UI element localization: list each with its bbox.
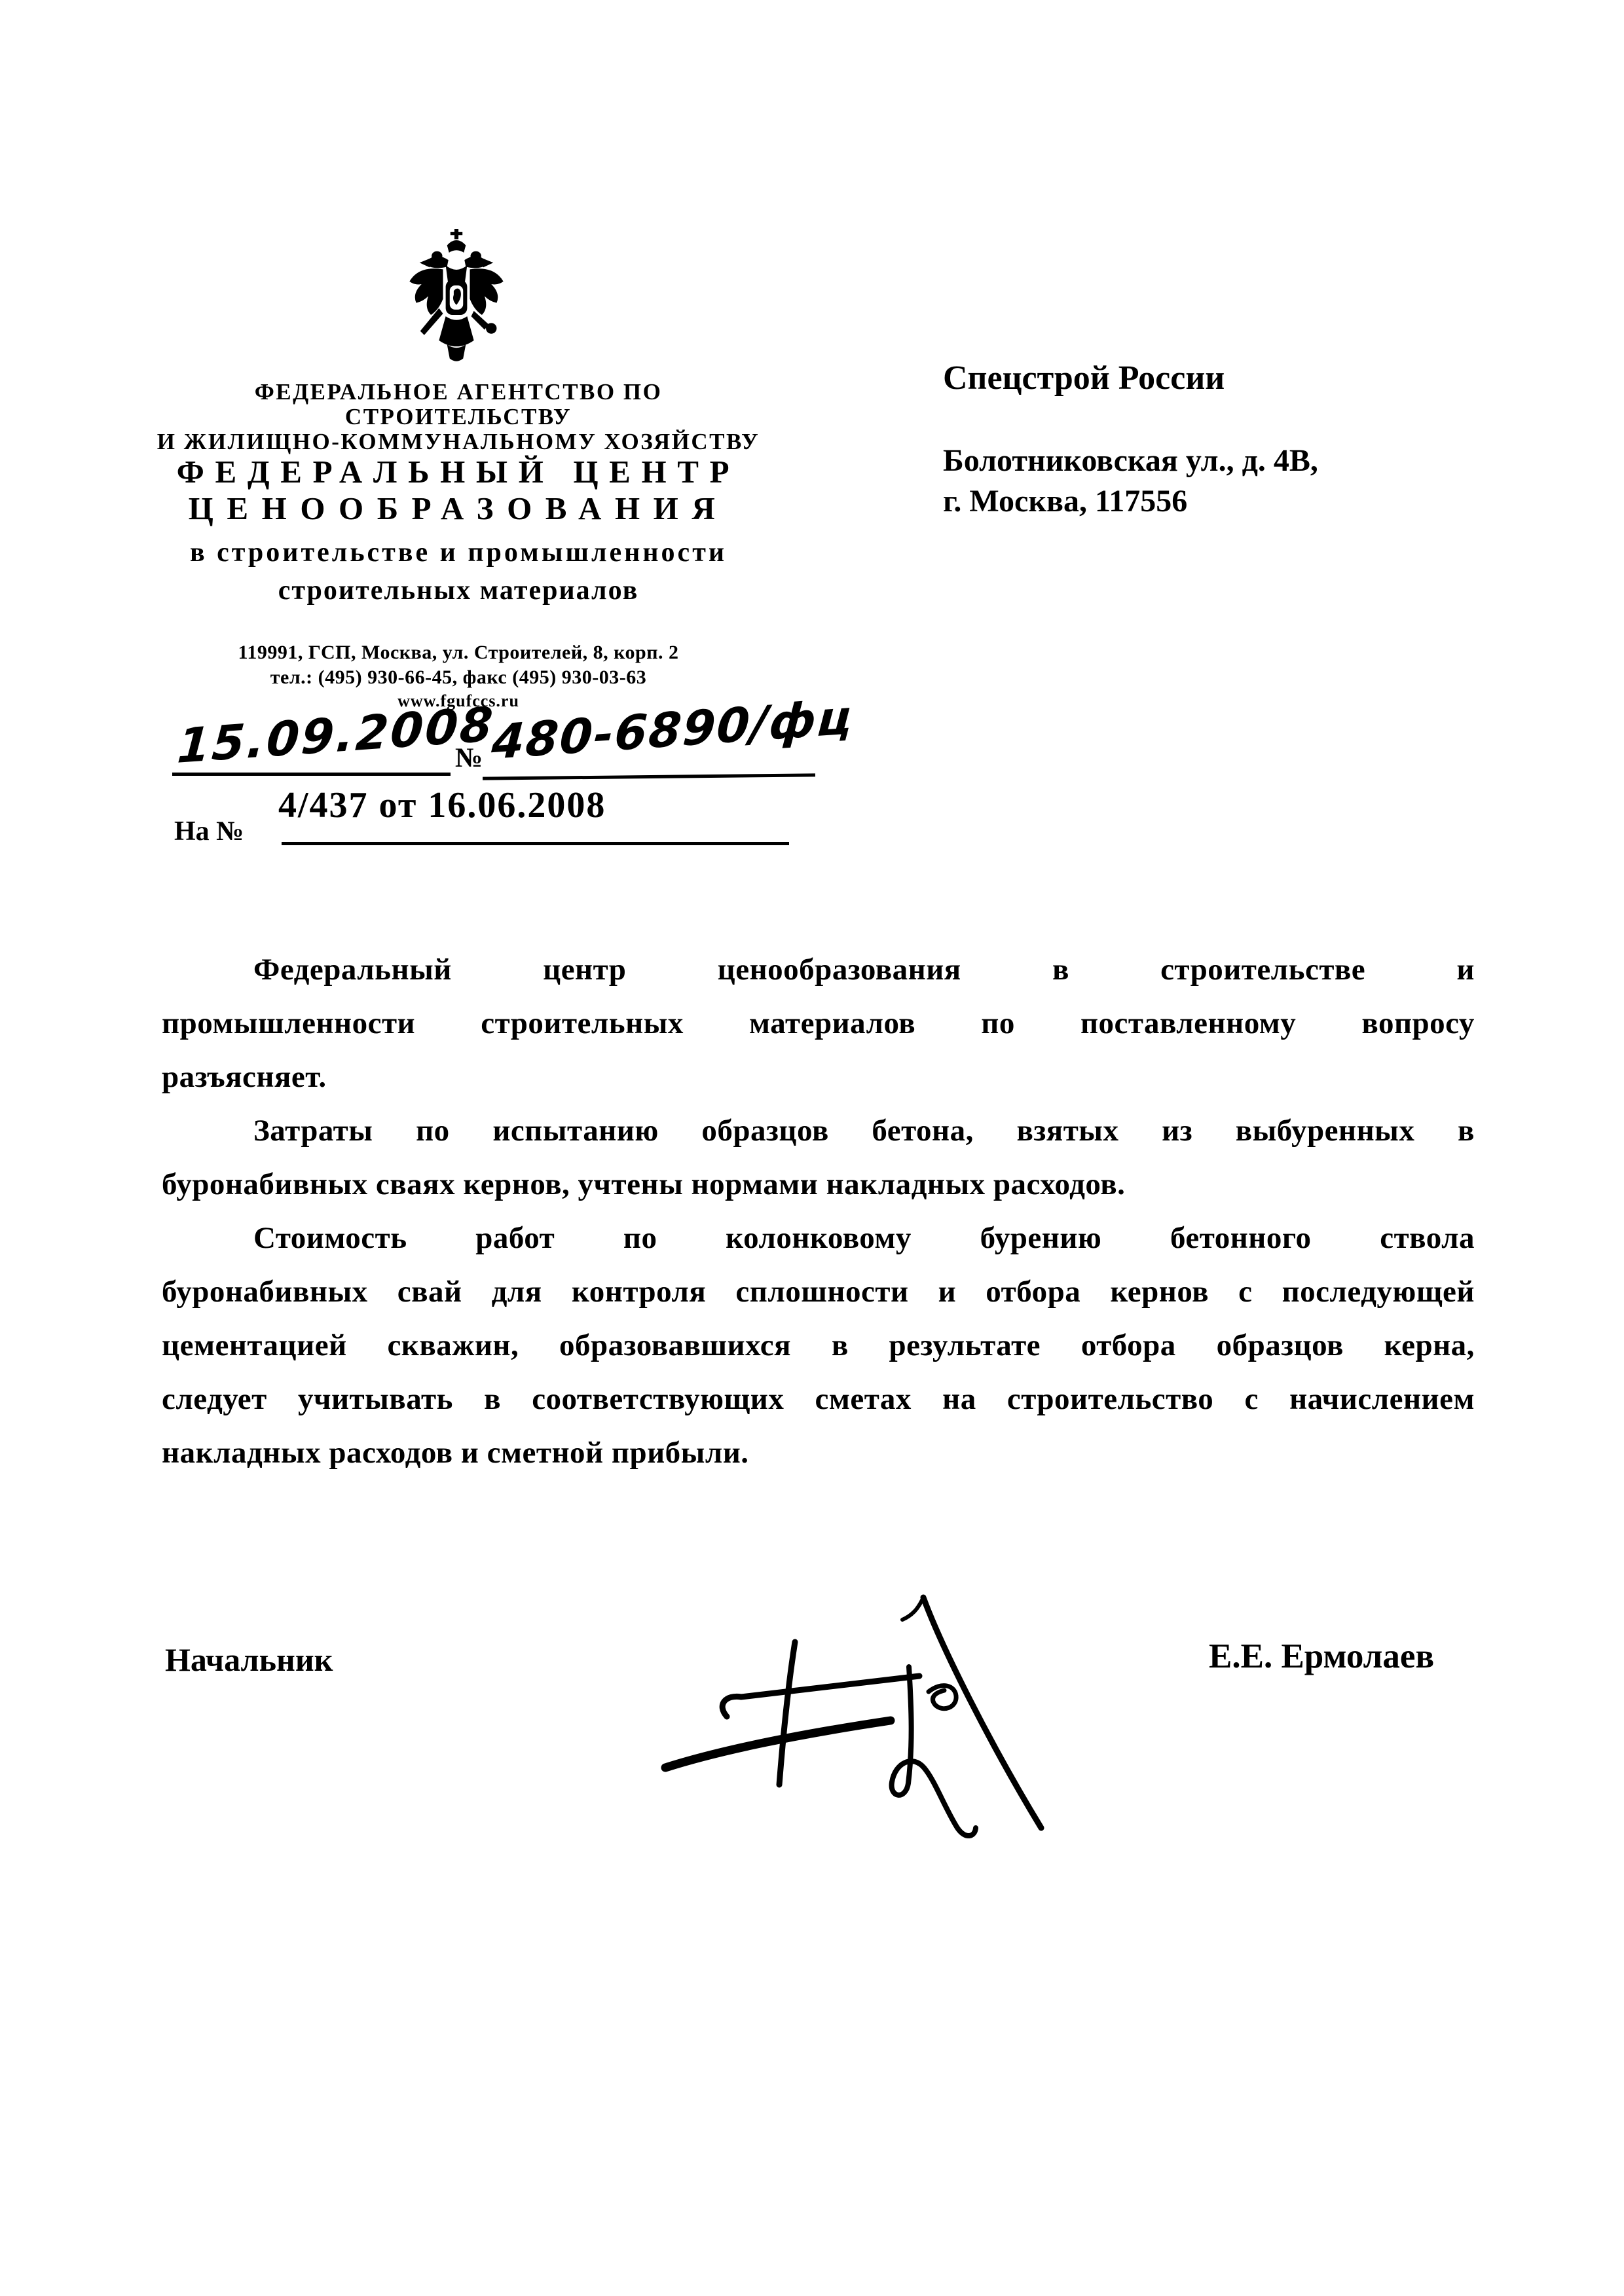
agency-name-line1: ФЕДЕРАЛЬНОЕ АГЕНТСТВО ПО СТРОИТЕЛЬСТВУ bbox=[151, 380, 766, 429]
signature-scribble bbox=[648, 1570, 1080, 1858]
recipient-address-line1: Болотниковская ул., д. 4В, bbox=[943, 443, 1318, 479]
body-line: следуетучитыватьвсоответствующихсметахна… bbox=[162, 1372, 1475, 1426]
org-title-line1: ФЕДЕРАЛЬНЫЙ ЦЕНТР bbox=[151, 453, 766, 490]
org-subtitle-line2: строительных материалов bbox=[151, 575, 766, 606]
org-title-line2: ЦЕНООБРАЗОВАНИЯ bbox=[151, 490, 766, 527]
org-subtitle-line1: в строительстве и промышленности bbox=[151, 537, 766, 568]
incoming-reference-value: 4/437 от 16.06.2008 bbox=[278, 784, 606, 826]
incoming-reference-underline bbox=[282, 842, 789, 845]
signer-name: Е.Е. Ермолаев bbox=[1209, 1637, 1434, 1676]
body-line: накладных расходов и сметной прибыли. bbox=[162, 1426, 1475, 1480]
body-line: буронабивныхсвайдляконтролясплошностииот… bbox=[162, 1265, 1475, 1319]
recipient-name: Спецстрой России bbox=[943, 359, 1225, 397]
incoming-reference-label: На № bbox=[174, 816, 244, 847]
body-line: промышленностистроительныхматериаловпопо… bbox=[162, 996, 1475, 1050]
recipient-address-line2: г. Москва, 117556 bbox=[943, 483, 1187, 519]
number-underline bbox=[483, 773, 815, 780]
body-line: Федеральныйцентрценообразованиявстроител… bbox=[162, 943, 1475, 996]
org-postal-address: 119991, ГСП, Москва, ул. Строителей, 8, … bbox=[151, 642, 766, 664]
agency-name: ФЕДЕРАЛЬНОЕ АГЕНТСТВО ПО СТРОИТЕЛЬСТВУ И… bbox=[151, 380, 766, 454]
agency-name-line2: И ЖИЛИЩНО-КОММУНАЛЬНОМУ ХОЗЯЙСТВУ bbox=[151, 429, 766, 454]
number-sign-label: № bbox=[455, 742, 483, 774]
body-line: буронабивных сваях кернов, учтены нормам… bbox=[162, 1157, 1475, 1211]
body-text: Федеральныйцентрценообразованиявстроител… bbox=[162, 943, 1475, 1480]
body-line: Затратыпоиспытаниюобразцовбетона,взятыхи… bbox=[162, 1104, 1475, 1157]
body-line: разъясняет. bbox=[162, 1050, 1475, 1104]
signer-position: Начальник bbox=[165, 1641, 333, 1679]
body-line: Стоимостьработпоколонковомубурениюбетонн… bbox=[162, 1211, 1475, 1265]
date-underline bbox=[172, 773, 451, 776]
coat-of-arms-icon bbox=[388, 229, 525, 370]
scanned-letter-page: ФЕДЕРАЛЬНОЕ АГЕНТСТВО ПО СТРОИТЕЛЬСТВУ И… bbox=[0, 0, 1624, 2296]
org-phone-fax: тел.: (495) 930-66-45, факс (495) 930-03… bbox=[151, 666, 766, 689]
body-line: цементациейскважин,образовавшихсяврезуль… bbox=[162, 1319, 1475, 1372]
